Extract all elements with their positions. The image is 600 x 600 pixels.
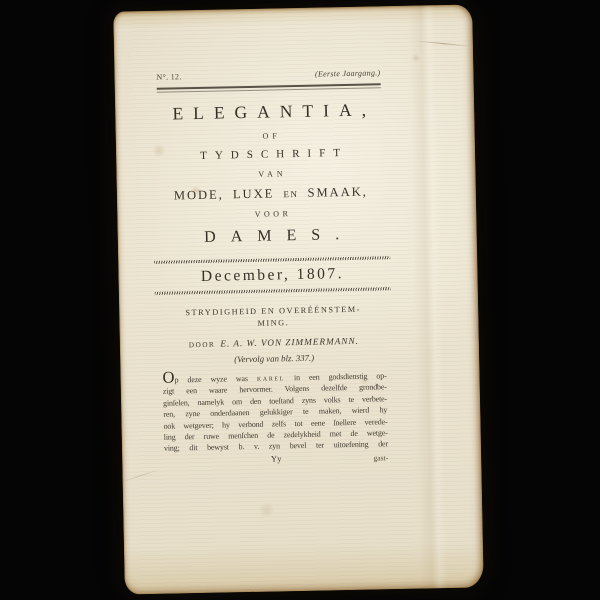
issue-number: N°. 12. xyxy=(156,72,181,82)
byline-author: E. A. W. VON ZIMMERMANN. xyxy=(220,336,359,349)
dotted-rule-top xyxy=(154,256,390,264)
subtitle-van: VAN xyxy=(158,167,382,180)
page-content: N°. 12. (Eerste Jaargang.) ELEGANTIA, OF… xyxy=(155,6,388,467)
paper-fold-shading xyxy=(408,5,448,588)
smaak-word: SMAAK, xyxy=(307,185,368,200)
subtitle-mode-luxe-smaak: MODE, LUXE EN SMAAK, xyxy=(159,184,383,203)
subtitle-tydschrift: TYDSCHRIFT xyxy=(158,146,382,162)
luxe-word: LUXE xyxy=(233,186,275,201)
catchword: gast- xyxy=(373,453,388,462)
issue-date: December, 1807. xyxy=(160,264,384,286)
mode-word: MODE, xyxy=(174,187,224,202)
photo-background: N°. 12. (Eerste Jaargang.) ELEGANTIA, OF… xyxy=(0,0,600,600)
byline-prefix: DOOR xyxy=(189,341,216,350)
article-heading: STRYDIGHEID EN OVERÉÉNSTEM- MING. xyxy=(161,303,385,331)
magazine-title: ELEGANTIA, xyxy=(157,99,381,124)
continuation-note: (Vervolg van blz. 337.) xyxy=(162,351,386,365)
en-word: EN xyxy=(283,189,298,199)
subtitle-of: OF xyxy=(158,129,382,142)
subtitle-voor: VOOR xyxy=(159,207,383,220)
signature-mark: Yy xyxy=(271,453,282,463)
dotted-rule-bottom xyxy=(155,287,391,295)
double-rule xyxy=(157,83,381,92)
magazine-page: N°. 12. (Eerste Jaargang.) ELEGANTIA, OF… xyxy=(113,4,484,594)
volume-label: (Eerste Jaargang.) xyxy=(315,68,381,78)
page-header: N°. 12. (Eerste Jaargang.) xyxy=(156,68,380,81)
subtitle-dames: DAMES. xyxy=(160,225,384,247)
paper-crease xyxy=(120,469,160,483)
article-body: Op deze wyze was karel in een godsdienst… xyxy=(162,370,388,454)
article-byline: DOOR E. A. W. VON ZIMMERMANN. xyxy=(162,335,386,349)
